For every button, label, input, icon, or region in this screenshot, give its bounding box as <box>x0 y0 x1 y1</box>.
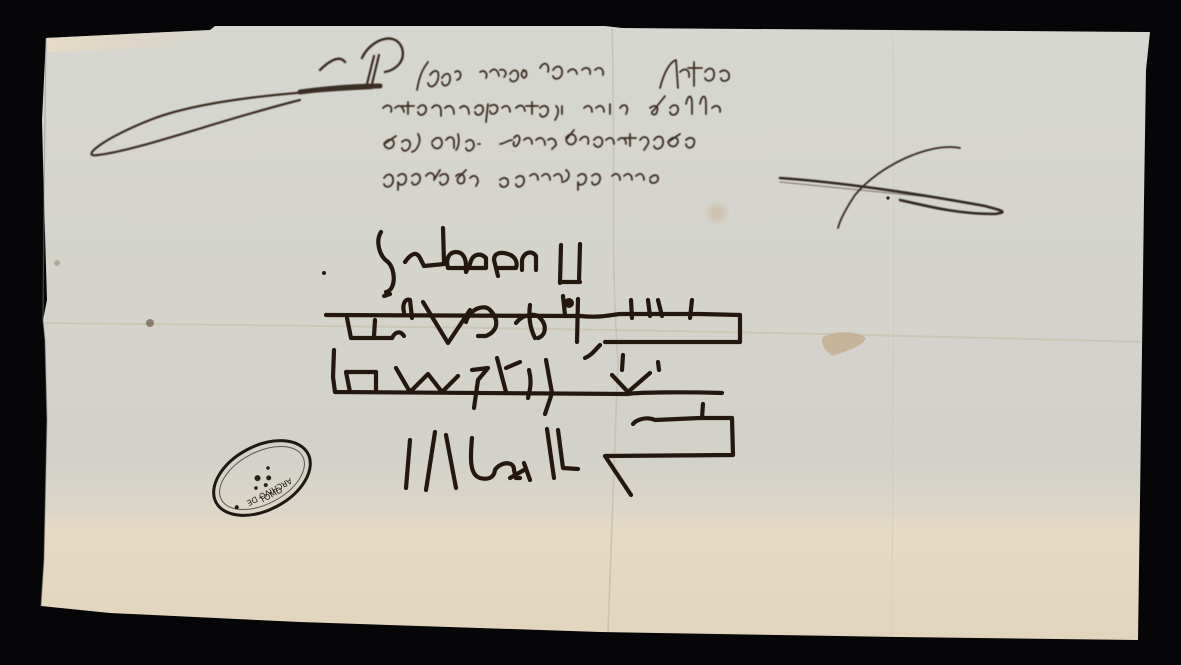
paper <box>41 26 1150 640</box>
manuscript-sheet: ARCHIVO DE TOMO manuscript-letter-verso … <box>0 0 1181 665</box>
manuscript-illustration: ARCHIVO DE TOMO <box>0 0 1181 665</box>
